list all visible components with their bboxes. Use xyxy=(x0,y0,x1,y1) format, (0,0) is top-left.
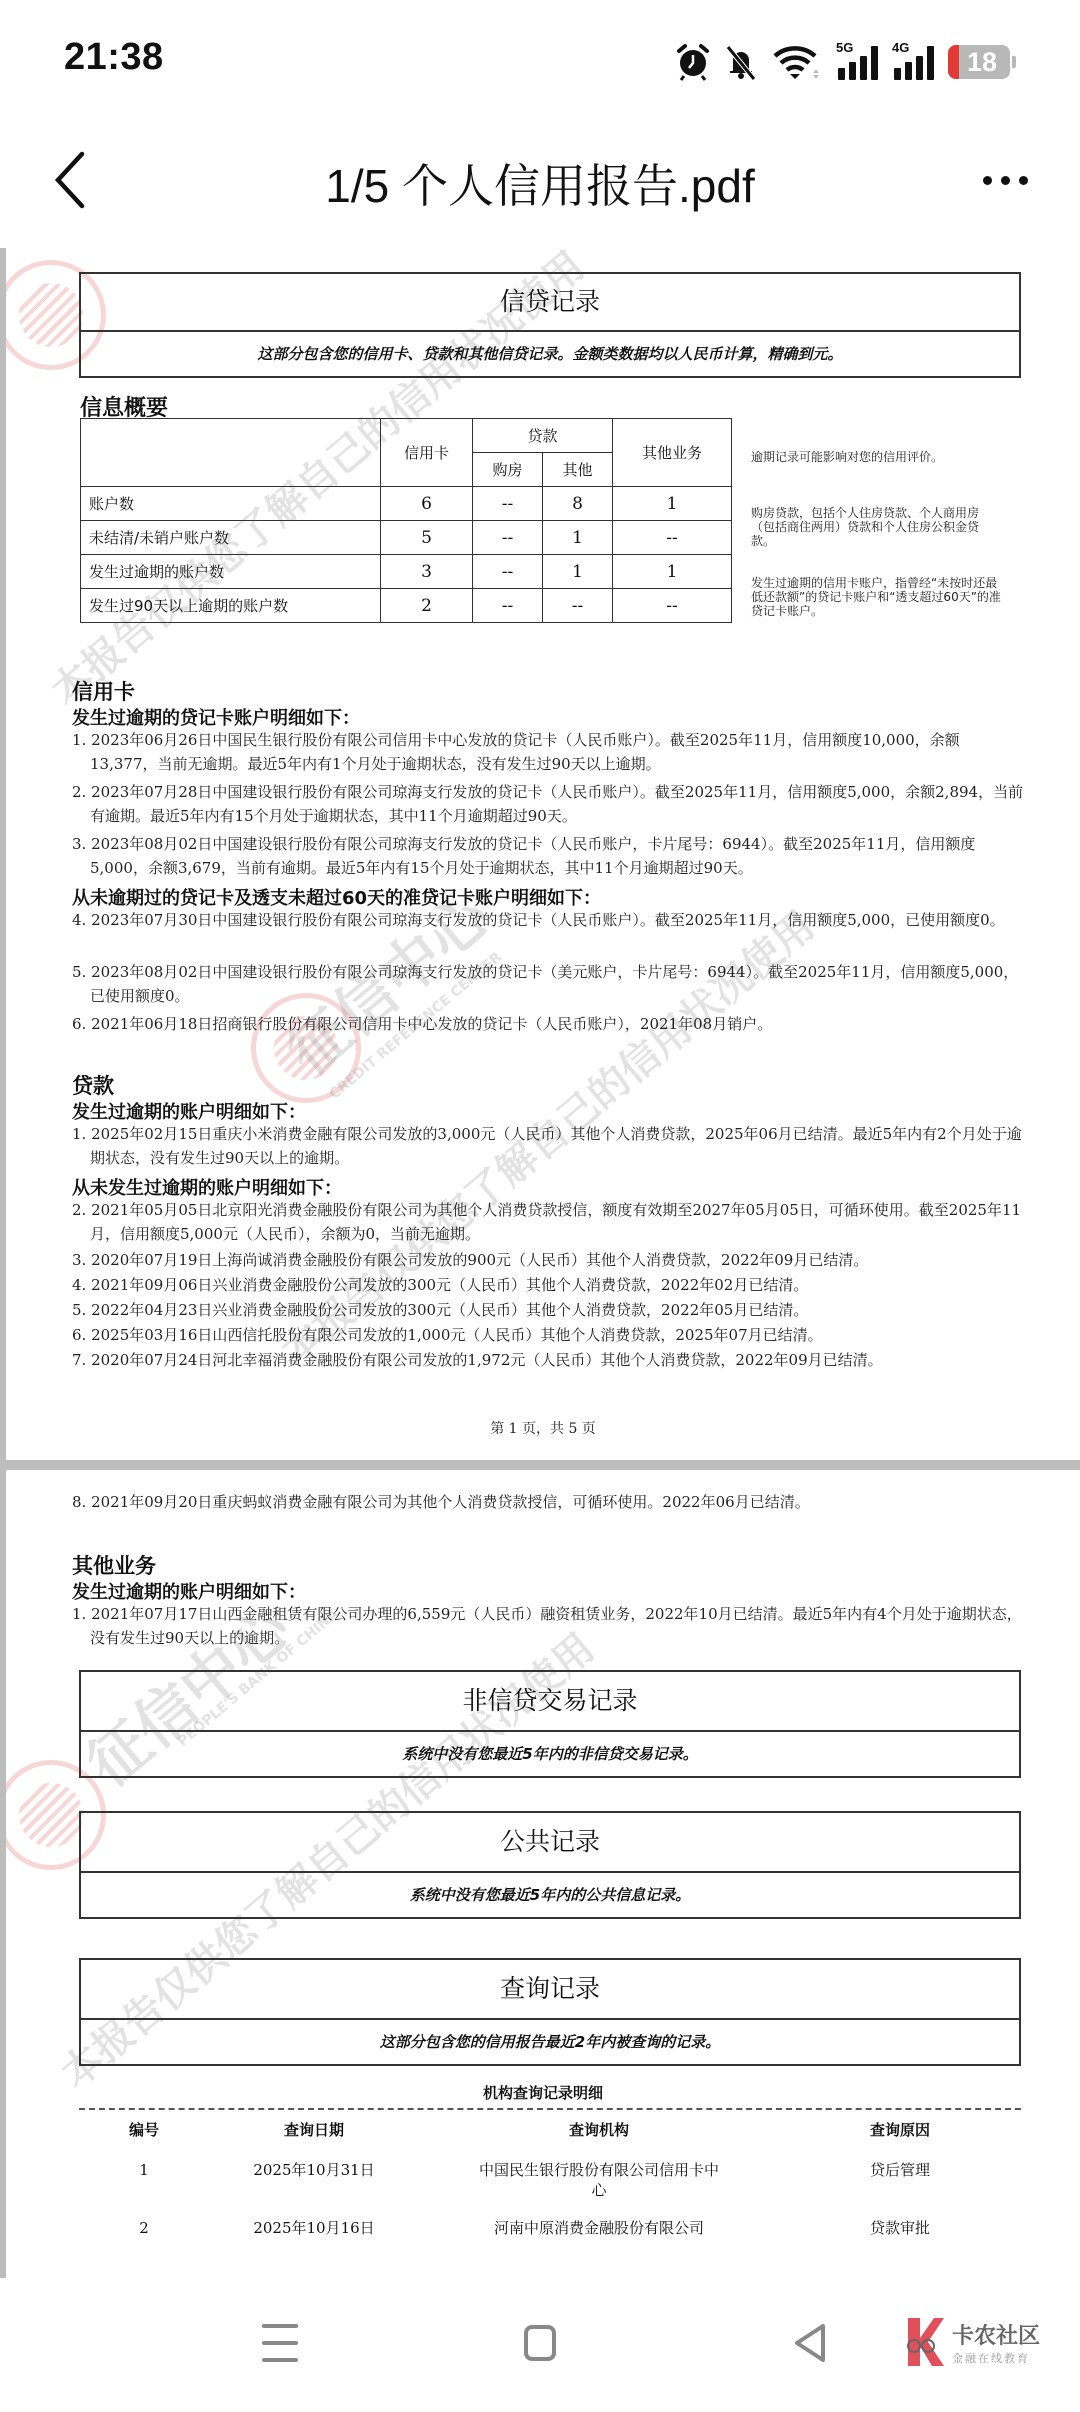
list-item: 1. 2023年06月26日中国民生银行股份有限公司信用卡中心发放的贷记卡（人民… xyxy=(72,728,1027,776)
pdf-viewer[interactable]: 本报告仅供您了解自己的信用状况使用 征信中心 CREDIT REFERENCE … xyxy=(0,248,1080,2278)
signal-4g-icon: 4G xyxy=(892,44,934,80)
list-item: 2. 2023年07月28日中国建设银行股份有限公司琼海支行发放的贷记卡（人民币… xyxy=(72,780,1027,828)
system-back-button[interactable] xyxy=(780,2308,840,2378)
battery-tip xyxy=(1012,56,1016,68)
col-loan: 贷款 xyxy=(473,419,613,453)
clock: 21:38 xyxy=(64,36,164,79)
clean-cards-heading: 从未逾期过的贷记卡及透支未超过60天的准贷记卡账户明细如下： xyxy=(72,884,601,910)
home-icon xyxy=(524,2325,556,2361)
logo-name: 卡农社区 xyxy=(952,2319,1040,2350)
list-item: 6. 2021年06月18日招商银行股份有限公司信用卡中心发放的贷记卡（人民币账… xyxy=(72,1012,1027,1036)
summary-note: 购房贷款，包括个人住房贷款、个人商用房（包括商住两用）贷款和个人住房公积金贷款。 xyxy=(751,506,1001,548)
signal-5g-icon: 5G xyxy=(836,44,878,80)
inquiry-table-title: 机构查询记录明细 xyxy=(6,2082,1080,2103)
table-row: 发生过逾期的账户数 3 -- 1 1 xyxy=(81,555,732,589)
list-item: 4. 2023年07月30日中国建设银行股份有限公司琼海支行发放的贷记卡（人民币… xyxy=(72,908,1027,932)
summary-table: 信用卡 贷款 其他业务 购房 其他 账户数 6 -- 8 1 未结清/未销户账户… xyxy=(80,418,732,623)
list-item: 1. 2021年07月17日山西金融租赁有限公司办理的6,559元（人民币）融资… xyxy=(72,1602,1027,1650)
more-options-button[interactable] xyxy=(970,160,1040,200)
summary-note: 逾期记录可能影响对您的信用评价。 xyxy=(751,450,1001,464)
title-bar: 1/5 个人信用报告.pdf xyxy=(0,120,1080,245)
section-title: 非信贷交易记录 xyxy=(81,1672,1019,1732)
col-loan-house: 购房 xyxy=(473,453,543,487)
battery-level: 18 xyxy=(961,47,997,78)
table-row: 2 2025年10月16日 河南中原消费金融股份有限公司 贷款审批 xyxy=(79,2218,1021,2238)
section-subtitle: 这部分包含您的信用卡、贷款和其他信贷记录。金额类数据均以人民币计算，精确到元。 xyxy=(81,332,1019,376)
list-item: 5. 2022年04月23日兴业消费金融股份公司发放的300元（人民币）其他个人… xyxy=(72,1298,1027,1322)
status-bar: 21:38 5G 4G 18 xyxy=(0,0,1080,120)
more-horizontal-icon xyxy=(983,176,992,185)
list-item: 7. 2020年07月24日河北幸福消费金融股份有限公司发放的1,972元（人民… xyxy=(72,1348,1027,1372)
alarm-icon xyxy=(676,42,710,82)
battery-icon: 18 xyxy=(948,45,1010,79)
list-item: 3. 2020年07月19日上海尚诚消费金融股份有限公司发放的900元（人民币）… xyxy=(72,1248,1027,1272)
section-subtitle: 这部分包含您的信用报告最近2年内被查询的记录。 xyxy=(81,2020,1019,2064)
col-other-business: 其他业务 xyxy=(613,419,732,487)
non-credit-section: 非信贷交易记录 系统中没有您最近5年内的非信贷交易记录。 xyxy=(79,1670,1021,1778)
list-item: 6. 2025年03月16日山西信托股份有限公司发放的1,000元（人民币）其他… xyxy=(72,1323,1027,1347)
kanong-logo: 卡农社区 金融在线教育 xyxy=(904,2316,1040,2368)
triangle-back-icon xyxy=(793,2323,827,2363)
logo-mark-icon xyxy=(904,2316,946,2368)
list-item: 2. 2021年05月05日北京阳光消费金融股份有限公司为其他个人消费贷款授信，… xyxy=(72,1198,1027,1246)
table-row: 发生过90天以上逾期的账户数 2 -- -- -- xyxy=(81,589,732,623)
bell-muted-icon xyxy=(724,42,758,82)
dashed-divider xyxy=(79,2108,1021,2110)
credit-records-section: 信贷记录 这部分包含您的信用卡、贷款和其他信贷记录。金额类数据均以人民币计算，精… xyxy=(79,272,1021,378)
wifi-icon xyxy=(772,42,822,82)
section-title: 公共记录 xyxy=(81,1813,1019,1873)
col-loan-other: 其他 xyxy=(543,453,613,487)
credit-card-heading: 信用卡 xyxy=(72,676,135,706)
list-item: 4. 2021年09月06日兴业消费金融股份公司发放的300元（人民币）其他个人… xyxy=(72,1273,1027,1297)
section-subtitle: 系统中没有您最近5年内的非信贷交易记录。 xyxy=(81,1732,1019,1776)
overdue-cards-heading: 发生过逾期的贷记卡账户明细如下： xyxy=(72,704,360,730)
list-item: 5. 2023年08月02日中国建设银行股份有限公司琼海支行发放的贷记卡（美元账… xyxy=(72,960,1027,1008)
list-item: 8. 2021年09月20日重庆蚂蚁消费金融有限公司为其他个人消费贷款授信，可循… xyxy=(72,1490,1027,1514)
public-records-section: 公共记录 系统中没有您最近5年内的公共信息记录。 xyxy=(79,1811,1021,1919)
loans-heading: 贷款 xyxy=(72,1070,114,1100)
overdue-loans-heading: 发生过逾期的账户明细如下： xyxy=(72,1098,306,1124)
status-icons: 5G 4G 18 xyxy=(676,40,1016,84)
inquiry-section: 查询记录 这部分包含您的信用报告最近2年内被查询的记录。 xyxy=(79,1958,1021,2066)
inquiry-table-header: 编号 查询日期 查询机构 查询原因 xyxy=(79,2120,1021,2140)
menu-icon xyxy=(262,2324,298,2362)
table-row: 账户数 6 -- 8 1 xyxy=(81,487,732,521)
table-row: 未结清/未销户账户数 5 -- 1 -- xyxy=(81,521,732,555)
col-credit-card: 信用卡 xyxy=(381,419,473,487)
logo-tagline: 金融在线教育 xyxy=(952,2350,1040,2366)
list-item: 1. 2025年02月15日重庆小米消费金融有限公司发放的3,000元（人民币）… xyxy=(72,1122,1027,1170)
section-subtitle: 系统中没有您最近5年内的公共信息记录。 xyxy=(81,1873,1019,1917)
pdf-page-1: 本报告仅供您了解自己的信用状况使用 征信中心 CREDIT REFERENCE … xyxy=(6,248,1080,1460)
list-item: 3. 2023年08月02日中国建设银行股份有限公司琼海支行发放的贷记卡（人民币… xyxy=(72,832,1027,880)
navigation-bar: 卡农社区 金融在线教育 xyxy=(0,2278,1080,2412)
page-number: 第 1 页，共 5 页 xyxy=(6,1418,1080,1438)
table-row: 1 2025年10月31日 中国民生银行股份有限公司信用卡中心 贷后管理 xyxy=(79,2160,1021,2200)
other-business-heading: 其他业务 xyxy=(72,1550,156,1580)
section-title: 查询记录 xyxy=(81,1960,1019,2020)
pdf-page-2: 征信中心 本报告仅供您了解自己的信用状况使用 PEOPLE'S BANK OF … xyxy=(6,1470,1080,2278)
clean-loans-heading: 从未发生过逾期的账户明细如下： xyxy=(72,1174,342,1200)
document-title: 1/5 个人信用报告.pdf xyxy=(0,150,1080,216)
home-button[interactable] xyxy=(510,2308,570,2378)
section-title: 信贷记录 xyxy=(81,274,1019,332)
recent-apps-button[interactable] xyxy=(250,2308,310,2378)
overdue-other-heading: 发生过逾期的账户明细如下： xyxy=(72,1578,306,1604)
summary-note: 发生过逾期的信用卡账户，指曾经“未按时还最低还款额”的贷记卡账户和“透支超过60… xyxy=(751,576,1001,618)
seal-watermark xyxy=(251,993,361,1103)
